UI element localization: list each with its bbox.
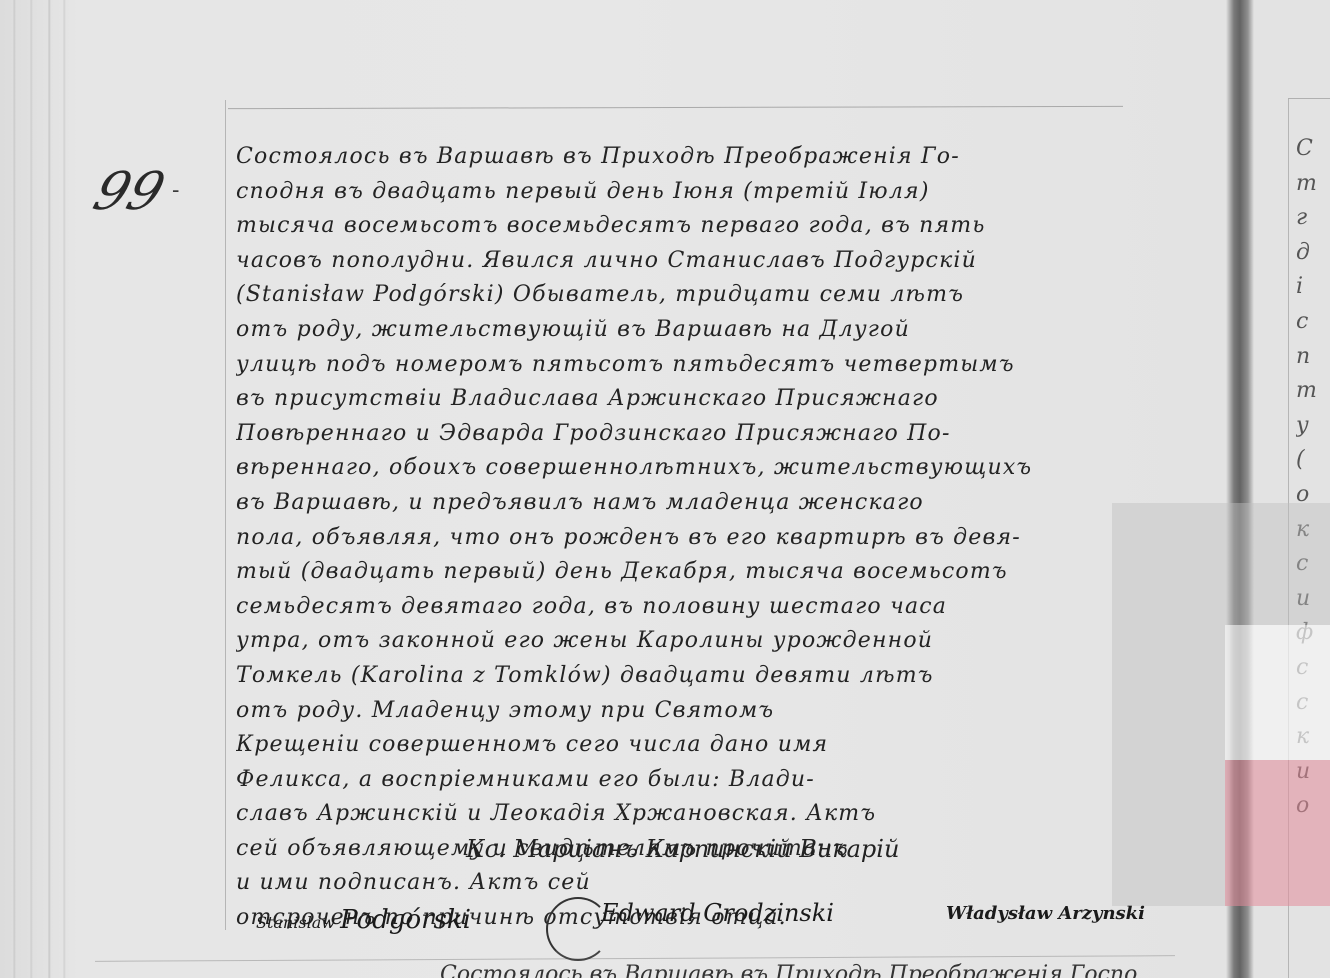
white-overlay-block bbox=[1225, 625, 1330, 760]
record-line: часовъ пополудни. Явился лично Станислав… bbox=[236, 244, 1226, 279]
record-line: утра, отъ законной его жены Каролины уро… bbox=[236, 624, 1226, 659]
right-page-line: т bbox=[1296, 374, 1330, 409]
pink-overlay-block bbox=[1225, 760, 1330, 906]
right-page-line: С bbox=[1296, 132, 1330, 167]
right-page-line: т bbox=[1296, 167, 1330, 202]
declarant-signature: Stanisław Podgórski bbox=[256, 905, 471, 935]
right-page-line: с bbox=[1296, 305, 1330, 340]
gray-overlay-block-right bbox=[1230, 503, 1330, 625]
record-line: Состоялось въ Варшавѣ въ Приходѣ Преобра… bbox=[236, 140, 1226, 175]
binding-edge-lines bbox=[8, 0, 68, 978]
signature-row: Stanisław Podgórski Edward Grodzinski Wł… bbox=[256, 897, 1236, 957]
priest-signature: Кс. Марціанъ Карпинскій Викарій bbox=[466, 835, 899, 863]
frame-left-rule bbox=[225, 100, 226, 930]
witness-2-signature: Władysław Arzynski bbox=[946, 903, 1145, 924]
right-page-line: і bbox=[1296, 270, 1330, 305]
witness-1-signature: Edward Grodzinski bbox=[601, 899, 834, 927]
frame-top-rule bbox=[228, 106, 1123, 109]
record-line: въ Варшавѣ, и предъявилъ намъ младенца ж… bbox=[236, 486, 1226, 521]
declarant-last-name: Podgórski bbox=[340, 905, 471, 935]
right-page-line: д bbox=[1296, 236, 1330, 271]
entry-number-dash: - bbox=[172, 178, 179, 203]
record-line: и ими подписанъ. Актъ сей bbox=[236, 866, 1226, 901]
right-page-line: г bbox=[1296, 201, 1330, 236]
record-line: тый (двадцать первый) день Декабря, тыся… bbox=[236, 555, 1226, 590]
record-text: Состоялось въ Варшавѣ въ Приходѣ Преобра… bbox=[236, 140, 1226, 936]
right-page-line: п bbox=[1296, 340, 1330, 375]
record-line: вѣреннаго, обоихъ совершеннолѣтнихъ, жит… bbox=[236, 451, 1226, 486]
right-page-line: у bbox=[1296, 409, 1330, 444]
next-entry-fragment: Состоялось въ Варшавѣ въ Приходѣ Преобра… bbox=[440, 960, 1240, 978]
declarant-first-name: Stanisław bbox=[256, 913, 335, 932]
record-line: Крещеніи совершенномъ сего числа дано им… bbox=[236, 728, 1226, 763]
record-line: въ присутствіи Владислава Аржинскаго При… bbox=[236, 382, 1226, 417]
record-line: сподня въ двадцать первый день Іюня (тре… bbox=[236, 175, 1226, 210]
record-line: тысяча восемьсотъ восемьдесятъ перваго г… bbox=[236, 209, 1226, 244]
gray-overlay-block bbox=[1112, 503, 1230, 906]
right-page-line: ( bbox=[1296, 443, 1330, 478]
scanned-page: 99 - Состоялось въ Варшавѣ въ Приходѣ Пр… bbox=[0, 0, 1330, 978]
record-line: Томкель (Karolina z Tomklów) двадцати де… bbox=[236, 659, 1226, 694]
record-line: Повѣреннаго и Эдварда Гродзинскаго Прися… bbox=[236, 417, 1226, 452]
record-line: славъ Аржинскій и Леокадія Хржановская. … bbox=[236, 797, 1226, 832]
record-line: отъ роду, жительствующій въ Варшавѣ на Д… bbox=[236, 313, 1226, 348]
entry-number: 99 bbox=[86, 162, 172, 222]
record-line: Феликса, а воспріемниками его были: Влад… bbox=[236, 763, 1226, 798]
record-line: (Stanisław Podgórski) Обыватель, тридцат… bbox=[236, 278, 1226, 313]
record-line: отъ роду. Младенцу этому при Святомъ bbox=[236, 694, 1226, 729]
record-line: улицѣ подъ номеромъ пятьсотъ пятьдесятъ … bbox=[236, 348, 1226, 383]
right-page-frame-top-rule bbox=[1288, 98, 1330, 99]
record-line: семьдесятъ девятаго года, въ половину ше… bbox=[236, 590, 1226, 625]
record-line: пола, объявляя, что онъ рожденъ въ его к… bbox=[236, 521, 1226, 556]
